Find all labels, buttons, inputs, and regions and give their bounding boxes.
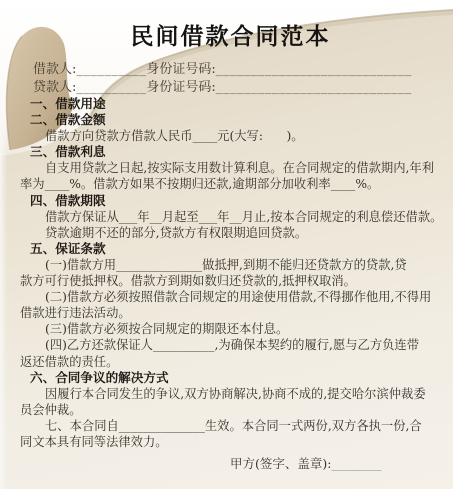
paragraph-line: 返还借款的责任。 <box>20 354 441 370</box>
section-heading-3: 三、借款利息 <box>30 144 441 160</box>
section-heading-1: 一、借款用途 <box>30 96 441 112</box>
contract-document-photo: 民间借款合同范本 借款人:__________身份证号码:___________… <box>0 0 453 489</box>
section-heading-4: 四、借款期限 <box>30 193 441 209</box>
paragraph-line: (二)借款方必须按照借款合同规定的用途使用借款,不得挪作他用,不得用 <box>20 289 441 305</box>
contract-body: 民间借款合同范本 借款人:__________身份证号码:___________… <box>20 22 441 472</box>
paragraph-line: 借款方向贷款方借款人民币____元(大写: )。 <box>20 128 441 144</box>
paragraph-line: 借款进行违法活动。 <box>20 305 441 321</box>
paragraph-line: 员会仲裁。 <box>20 402 441 418</box>
party-a-signature-line: 甲方(签字、盖章):________ <box>230 455 441 472</box>
paragraph-line: (一)借款方用______________做抵押,到期不能归还贷款方的贷款,贷 <box>20 257 441 273</box>
lender-label: 贷款人: <box>33 80 76 95</box>
paragraph-line: 款方可行使抵押权。借款方到期如数归还贷款的,抵押权取消。 <box>20 273 441 289</box>
borrower-id-blank: ____________________________ <box>216 62 412 77</box>
paragraph-line: 自支用贷款之日起,按实际支用数计算利息。在合同规定的借款期内,年利 <box>20 160 441 176</box>
paragraph-line: (三)借款方必须按合同规定的期限还本付息。 <box>20 321 441 337</box>
paragraph-line: 率为____%。借款方如果不按期归还款,逾期部分加收利率____%。 <box>20 176 441 192</box>
photo-left-edge <box>0 120 7 489</box>
paragraph-line: 因履行本合同发生的争议,双方协商解决,协商不成的,提交哈尔滨仲裁委 <box>20 386 441 402</box>
borrower-label: 借款人: <box>33 62 76 77</box>
paragraph-line: (四)乙方还款保证人__________,为确保本契约的履行,愿与乙方负连带 <box>20 337 441 353</box>
party-a-signature-blank: ________ <box>331 456 381 471</box>
section-heading-6: 六、合同争议的解决方式 <box>30 370 441 386</box>
section-heading-2: 二、借款金额 <box>30 112 441 128</box>
paragraph-line: 贷款逾期不还的部分,贷款方有权限期追回贷款。 <box>20 225 441 241</box>
borrower-id-label: 身份证号码: <box>146 62 215 77</box>
section-heading-5: 五、保证条款 <box>30 241 441 257</box>
borrower-row: 借款人:__________身份证号码:____________________… <box>33 61 441 79</box>
lender-id-blank: ____________________________ <box>216 80 412 95</box>
paragraph-line: 同文本具有同等法律效力。 <box>20 434 441 450</box>
borrower-name-blank: __________ <box>76 62 146 77</box>
lender-row: 贷款人:__________身份证号码:____________________… <box>33 79 441 97</box>
lender-name-blank: __________ <box>76 80 146 95</box>
paragraph-line: 七、本合同自______________生效。本合同一式两份,双方各执一份,合 <box>20 418 441 434</box>
page-title: 民间借款合同范本 <box>20 22 441 52</box>
lender-id-label: 身份证号码: <box>146 80 215 95</box>
party-a-signature-label: 甲方(签字、盖章): <box>230 456 331 471</box>
paragraph-line: 借款方保证从___年__月起至___年__月止,按本合同规定的利息偿还借款。 <box>20 209 441 225</box>
